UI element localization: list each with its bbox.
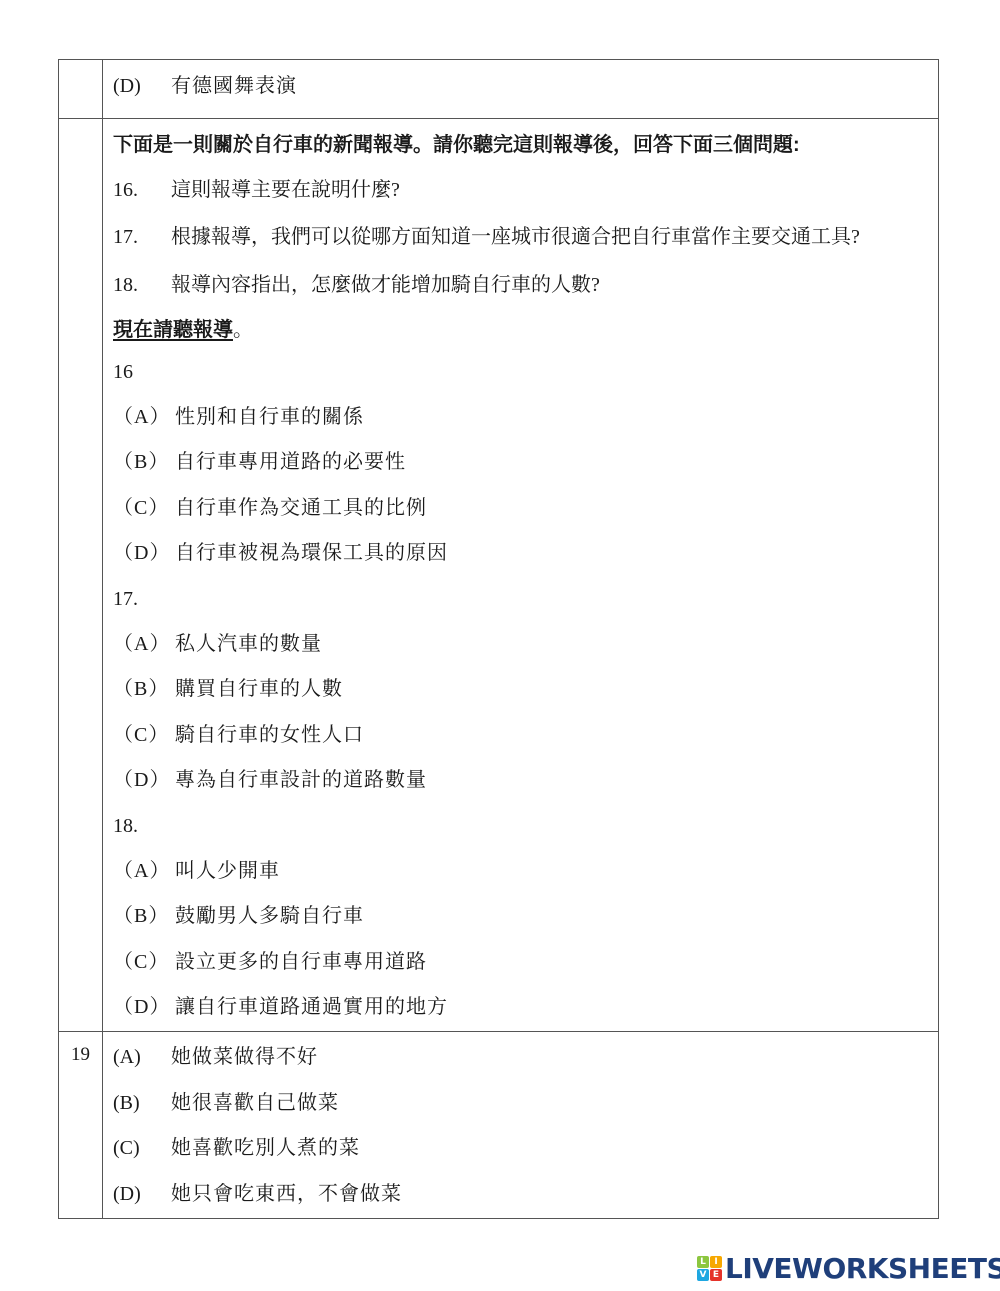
answer-16-option-c[interactable]: （C）自行車作為交通工具的比例 [113,494,926,522]
answer-16-option-a[interactable]: （A）性別和自行車的關係 [113,403,926,431]
option-label: （C） [113,948,175,976]
liveworksheets-logo: L I V E LIVEWORKSHEETS [697,1253,1000,1283]
question-number: 18. [113,271,171,299]
option-text: 有德國舞表演 [171,75,297,97]
live-badge-icon: L I V E [697,1256,722,1281]
option-label: (C) [113,1134,171,1162]
badge-letter-l: L [697,1256,709,1268]
brand-wordmark: LIVEWORKSHEETS [725,1252,1000,1285]
option-label: （D） [113,766,175,794]
table-row-bicycle-news: 下面是一則關於自行車的新聞報導。請你聽完這則報導後，回答下面三個問題: 16.這… [59,118,939,1032]
option-label: （D） [113,993,175,1021]
answer-group-18-heading: 18. [113,812,926,840]
answer-18-option-a[interactable]: （A）叫人少開車 [113,857,926,885]
question-number-cell [59,118,103,1032]
listen-prompt: 現在請聽報導。 [113,316,926,344]
badge-letter-e: E [710,1269,722,1281]
answer-16-option-b[interactable]: （B）自行車專用道路的必要性 [113,448,926,476]
answer-group-16-heading: 16 [113,358,926,386]
option-label: （A） [113,403,175,431]
listen-prompt-punct: 。 [233,319,253,341]
option-label: （A） [113,630,175,658]
option-text: 讓自行車道路通過實用的地方 [175,996,448,1018]
option-label: (D) [113,1180,171,1208]
answer-17-option-b[interactable]: （B）購買自行車的人數 [113,675,926,703]
table-row-question-19: 19 (A)她做菜做得不好 (B)她很喜歡自己做菜 (C)她喜歡吃別人煮的菜 (… [59,1032,939,1219]
answer-18-option-c[interactable]: （C）設立更多的自行車專用道路 [113,948,926,976]
answer-18-option-d[interactable]: （D）讓自行車道路通過實用的地方 [113,993,926,1021]
question-19-options-cell: (A)她做菜做得不好 (B)她很喜歡自己做菜 (C)她喜歡吃別人煮的菜 (D)她… [103,1032,939,1219]
question-17: 17.根據報導，我們可以從哪方面知道一座城市很適合把自行車當作主要交通工具? [113,221,926,254]
option-label: （B） [113,902,175,930]
answer-17-option-a[interactable]: （A）私人汽車的數量 [113,630,926,658]
option-text: 購買自行車的人數 [175,678,343,700]
badge-letter-v: V [697,1269,709,1281]
option-text: 她做菜做得不好 [171,1046,318,1068]
option-text: 叫人少開車 [175,860,280,882]
answer-17-option-c[interactable]: （C）騎自行車的女性人口 [113,721,926,749]
option-label: （B） [113,448,175,476]
question-18: 18.報導內容指出，怎麼做才能增加騎自行車的人數? [113,271,926,299]
option-cell: (D)有德國舞表演 [103,60,939,119]
answer-19-option-b[interactable]: (B)她很喜歡自己做菜 [113,1089,926,1117]
answer-group-17-heading: 17. [113,585,926,613]
option-text: 她喜歡吃別人煮的菜 [171,1137,360,1159]
option-text: 騎自行車的女性人口 [175,724,364,746]
answer-option-d[interactable]: (D)有德國舞表演 [113,60,926,100]
option-label: （D） [113,539,175,567]
answer-19-option-d[interactable]: (D)她只會吃東西，不會做菜 [113,1180,926,1208]
answer-18-option-b[interactable]: （B）鼓勵男人多騎自行車 [113,902,926,930]
option-text: 設立更多的自行車專用道路 [175,951,427,973]
news-section-cell: 下面是一則關於自行車的新聞報導。請你聽完這則報導後，回答下面三個問題: 16.這… [103,118,939,1032]
option-label: (A) [113,1043,171,1071]
option-label: （C） [113,721,175,749]
option-label: (D) [113,72,171,100]
option-text: 她只會吃東西，不會做菜 [171,1183,402,1205]
badge-letter-i: I [710,1256,722,1268]
option-text: 性別和自行車的關係 [175,406,364,428]
option-text: 鼓勵男人多騎自行車 [175,905,364,927]
option-text: 自行車被視為環保工具的原因 [175,542,448,564]
question-16: 16.這則報導主要在說明什麼? [113,176,926,204]
table-row-option-d: (D)有德國舞表演 [59,60,939,119]
option-text: 她很喜歡自己做菜 [171,1092,339,1114]
option-text: 私人汽車的數量 [175,633,322,655]
answer-16-option-d[interactable]: （D）自行車被視為環保工具的原因 [113,539,926,567]
option-text: 自行車專用道路的必要性 [175,451,406,473]
option-text: 專為自行車設計的道路數量 [175,769,427,791]
option-label: (B) [113,1089,171,1117]
worksheet-table: (D)有德國舞表演 下面是一則關於自行車的新聞報導。請你聽完這則報導後，回答下面… [58,59,939,1219]
question-number-cell [59,60,103,119]
option-label: （C） [113,494,175,522]
listen-prompt-text: 現在請聽報導 [113,319,233,341]
question-number: 17. [113,221,171,254]
section-intro: 下面是一則關於自行車的新聞報導。請你聽完這則報導後，回答下面三個問題: [113,131,926,159]
question-text: 根據報導，我們可以從哪方面知道一座城市很適合把自行車當作主要交通工具? [171,226,860,248]
answer-17-option-d[interactable]: （D）專為自行車設計的道路數量 [113,766,926,794]
question-text: 這則報導主要在說明什麼? [171,179,400,201]
answer-19-option-a[interactable]: (A)她做菜做得不好 [113,1043,926,1071]
answer-19-option-c[interactable]: (C)她喜歡吃別人煮的菜 [113,1134,926,1162]
question-number: 16. [113,176,171,204]
option-text: 自行車作為交通工具的比例 [175,497,427,519]
option-label: （B） [113,675,175,703]
question-text: 報導內容指出，怎麼做才能增加騎自行車的人數? [171,274,600,296]
question-number-cell: 19 [59,1032,103,1219]
option-label: （A） [113,857,175,885]
